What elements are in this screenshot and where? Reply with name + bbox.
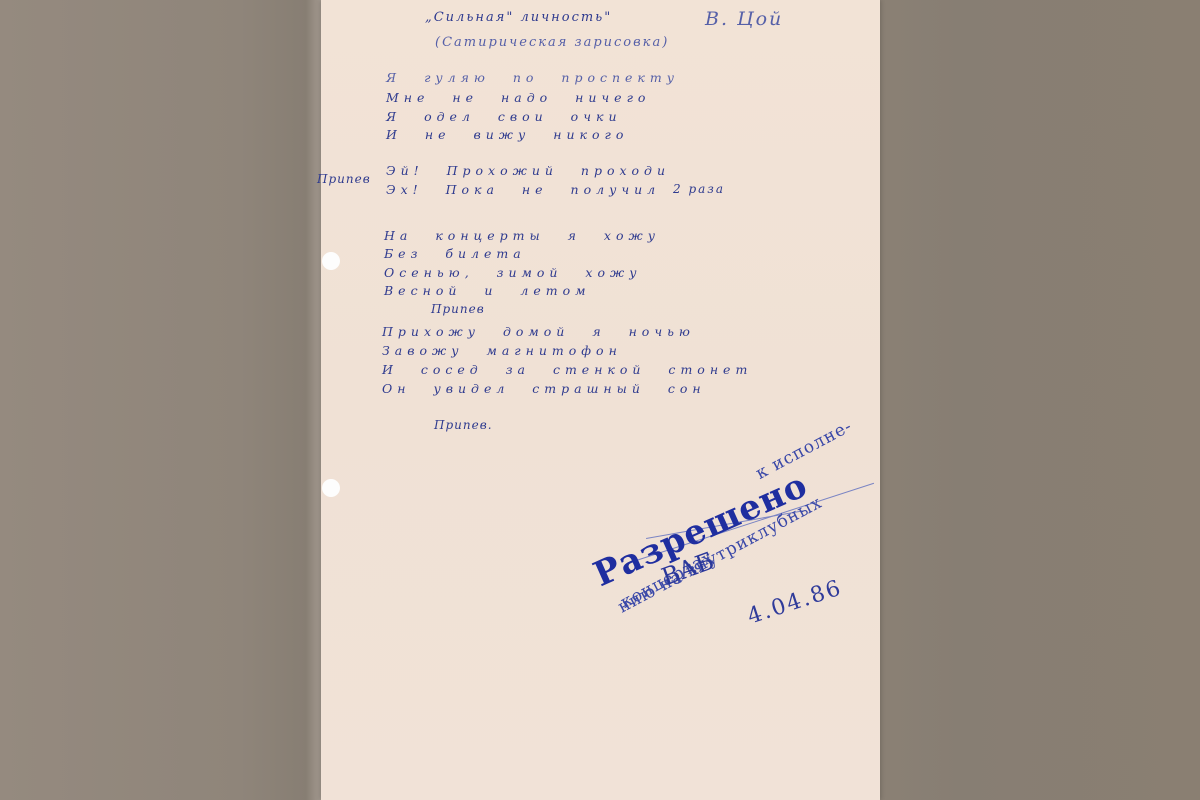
verse-2-line-3: Осенью, зимой хожу <box>384 265 641 280</box>
verse-2-chorus-marker: Припев <box>431 302 485 316</box>
verse-1-line-2: Мне не надо ничего <box>386 90 650 105</box>
chorus-line-2: Эх! Пока не получил <box>386 182 660 197</box>
approval-resolution: Разрешено к исполне- нию на внутриклубны… <box>576 370 896 680</box>
verse-3-line-2: Завожу магнитофон <box>382 343 622 358</box>
verse-2-line-4: Весной и летом <box>384 283 591 298</box>
verse-3-line-1: Прихожу домой я ночью <box>382 324 695 339</box>
chorus-repeat-note: 2 раза <box>673 182 725 196</box>
verse-2-line-2: Без билета <box>384 246 526 261</box>
verse-1-line-1: Я гуляю по проспекту <box>386 70 679 85</box>
song-title: „Сильная" личность" <box>425 10 612 25</box>
punch-hole <box>322 252 340 270</box>
verse-2-line-1: На концерты я хожу <box>384 228 660 243</box>
verse-1-line-4: И не вижу никого <box>386 127 628 142</box>
approval-date: 4.04.86 <box>745 575 846 629</box>
chorus-line-1: Эй! Прохожий проходи <box>386 163 670 178</box>
verse-3-chorus-marker: Припев. <box>434 418 493 432</box>
song-subtitle: (Сатирическая зарисовка) <box>435 35 669 50</box>
chorus-side-label: Припев <box>317 172 371 186</box>
lyric-sheet: „Сильная" личность" (Сатирическая зарисо… <box>321 0 880 800</box>
approval-note-line-1: к исполне- <box>753 416 856 484</box>
verse-1-line-3: Я одел свои очки <box>386 109 622 124</box>
author-signature: В. Цой <box>705 8 783 30</box>
punch-hole <box>322 479 340 497</box>
